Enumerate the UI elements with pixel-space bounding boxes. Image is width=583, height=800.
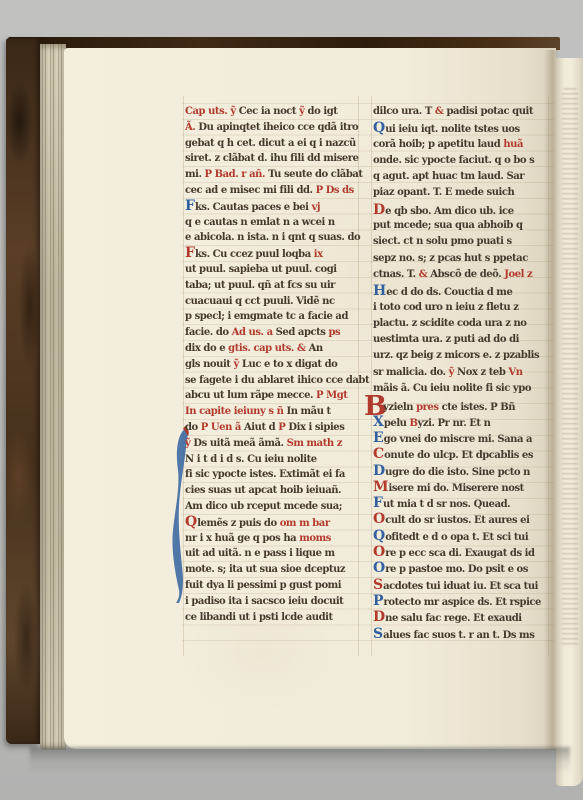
text-line: Fut mia t d sr nos. Quead.	[373, 495, 551, 511]
rubric-segment: ps	[329, 327, 341, 338]
text-line: Dugre do die isto. Sine pcto n	[373, 463, 551, 479]
manuscript-photo: Cap uts. ỹ Cec ia noct ỹ do igtÃ. Du api…	[0, 0, 583, 800]
text-line: mote. s; ita ut sua sioe dceptuz	[185, 562, 363, 578]
text-segment: ks. Cu ccez puul loqba	[195, 249, 314, 260]
text-line: plactu. z scidite coda ura z no	[373, 316, 551, 332]
text-line: dilco ura. T & padisi potac quit	[373, 104, 551, 120]
text-line: sr malicia. do. ỹ Nox z teb Vn	[373, 365, 551, 381]
text-line: i padiso ita i sacsco ieiu docuit	[185, 594, 363, 610]
facing-page-blurred-text	[562, 88, 578, 648]
text-line: taba; ut puul. qñ at fcs su uir	[185, 278, 363, 294]
text-segment: ui ieiu iqt. nolite tstes uos	[385, 124, 520, 135]
rubric-segment: vj	[312, 202, 321, 213]
text-line: N i t d i d s. Cu ieiu nolite	[185, 452, 363, 468]
text-line: Misere mi do. Miserere nost	[373, 479, 551, 495]
text-segment: N i t d i d s. Cu ieiu nolite	[185, 454, 317, 465]
rubric-segment: P Bad. r añ.	[205, 169, 269, 180]
text-segment: ofitedt e d o opa t. Et sci tui	[385, 532, 528, 543]
text-segment: plactu. z scidite coda ura z no	[373, 318, 527, 329]
lombardic-initial-blue: O	[373, 560, 385, 576]
text-segment: Du apinqtet iheico cce qdã itro	[198, 122, 358, 133]
text-segment: An	[309, 343, 323, 354]
lombardic-initial-blue: D	[373, 463, 385, 479]
text-segment: Sed apcts	[276, 327, 329, 338]
text-segment: p specl; i emgmate tc a facie ad	[185, 311, 348, 322]
text-segment: siret. z clãbat d. ihu fili dd misere	[185, 153, 359, 164]
text-line: Am dico ub rceput mcede sua;	[185, 499, 363, 515]
text-segment: taba; ut puul. qñ at fcs su uir	[185, 280, 335, 291]
text-segment: Tu seute do clãbat	[268, 169, 363, 180]
text-segment: Cec ia noct	[239, 106, 299, 117]
text-segment: re p pastoe mo. Do psit e os	[385, 564, 528, 575]
text-segment: cult do sr iustos. Et aures ei	[385, 515, 529, 526]
text-segment: ce libandi ut i psti lcde audit	[185, 612, 333, 623]
text-segment: Am dico ub rceput mcede sua;	[185, 501, 342, 512]
text-segment: put mcede; sua qua abhoib q	[373, 220, 523, 231]
text-segment: Luc e to x digat do	[242, 359, 337, 370]
text-line: abcu ut lum rãpe mecce. P Mgt	[185, 388, 363, 404]
text-segment: sr malicia. do.	[373, 367, 449, 378]
text-line: q e cautas n emlat n a wcei n	[185, 215, 363, 231]
rubric-segment: huã	[503, 139, 523, 150]
book-leather-spine	[6, 38, 40, 744]
text-line: ctnas. T. & Abscõ de deõ. Joel z	[373, 267, 551, 283]
text-segment: ec d do ds. Couctia d me	[386, 287, 512, 298]
lombardic-initial-blue: F	[185, 198, 195, 214]
lombardic-initial-red: M	[373, 479, 389, 495]
text-line: ce libandi ut i psti lcde audit	[185, 610, 363, 626]
lombardic-initial-red: D	[373, 609, 385, 625]
rubric-segment: ix	[314, 249, 323, 260]
rubric-segment: Ad us. a	[232, 327, 276, 338]
lombardic-initial-red: S	[373, 577, 383, 593]
text-line: Dne salu fac rege. Et exaudi	[373, 609, 551, 625]
text-segment: Nox z teb	[457, 367, 508, 378]
text-segment: cte istes. P Bñ	[442, 402, 516, 413]
rubric-segment: Sm math z	[287, 438, 342, 449]
text-line: Ã. Du apinqtet iheico cce qdã itro	[185, 120, 363, 136]
text-segment: se fagete i du ablaret ihico cce dabt	[185, 375, 369, 386]
text-line: uestimta ura. z puti ad do di	[373, 332, 551, 348]
text-segment: ut puul. sapieba ut puul. cogi	[185, 264, 337, 275]
text-segment: acdotes tui iduat iu. Et sca tui	[383, 581, 538, 592]
rubric-segment: &	[435, 106, 447, 117]
text-line: ỹ Ds uitã meã ãmã. Sm math z	[185, 436, 363, 452]
rubric-segment: B	[410, 418, 418, 429]
text-line: cec ad e misec mi fili dd. P Ds ds	[185, 183, 363, 199]
text-line: facie. do Ad us. a Sed apcts ps	[185, 325, 363, 341]
text-line: Fks. Cautas paces e bei vj	[185, 199, 363, 215]
text-line: Salues fac suos t. r an t. Ds ms	[373, 626, 551, 642]
rubric-segment: ỹ	[449, 367, 457, 378]
text-line: In capite ieiuny s ñ In mãu t	[185, 404, 363, 420]
text-line: De qb sbo. Am dico ub. ice	[373, 202, 551, 218]
rubric-segment: P Uen ã	[201, 422, 244, 433]
text-column-right: dilco ura. T & padisi potac quitQui ieiu…	[373, 104, 551, 642]
lombardic-initial-blue: H	[373, 283, 386, 299]
lombardic-initial-red: F	[185, 245, 195, 261]
rubric-segment: Cap uts. ỹ	[185, 106, 239, 117]
text-segment: q e cautas n emlat n a wcei n	[185, 217, 335, 228]
text-line: Cap uts. ỹ Cec ia noct ỹ do igt	[185, 104, 363, 120]
text-line: Fks. Cu ccez puul loqba ix	[185, 246, 363, 262]
text-line: Ore p ecc sca di. Exaugat ds id	[373, 544, 551, 560]
rubric-segment: P Mgt	[316, 390, 347, 401]
text-line: Conute do ulcp. Et dpcablis es	[373, 446, 551, 462]
text-line: urz. qz beig z micors e. z pzablis	[373, 348, 551, 364]
text-segment: q agut. apt huac tm laud. Sar	[373, 171, 524, 182]
text-segment: yzieln	[383, 402, 416, 413]
text-line: onde. sic ypocte faciut. q o bo s	[373, 153, 551, 169]
text-line: siret. z clãbat d. ihu fili dd misere	[185, 151, 363, 167]
text-line: put mcede; sua qua abhoib q	[373, 218, 551, 234]
text-segment: Dix i sipies	[288, 422, 344, 433]
text-line: dix do e gtis. cap uts. & An	[185, 341, 363, 357]
text-line: Xpelu Byzi. Pr nr. Et n	[373, 414, 551, 430]
lombardic-initial-blue: S	[373, 626, 383, 642]
text-segment: Abscõ de deõ.	[430, 269, 504, 280]
lombardic-initial-blue: Q	[373, 120, 385, 136]
text-segment: mãis ã. Cu ieiu nolite fi sic ypo	[373, 383, 531, 394]
rubric-segment: gtis. cap uts. &	[228, 343, 308, 354]
text-segment: re p ecc sca di. Exaugat ds id	[385, 548, 534, 559]
rubric-segment: pres	[416, 402, 442, 413]
text-line: Qofitedt e d o opa t. Et sci tui	[373, 528, 551, 544]
text-segment: pelu	[384, 418, 410, 429]
text-line: piaz opant. T. E mede suich	[373, 185, 551, 201]
text-line: q agut. apt huac tm laud. Sar	[373, 169, 551, 185]
text-segment: dix do e	[185, 343, 228, 354]
text-segment: cec ad e misec mi fili dd.	[185, 185, 316, 196]
text-segment: onute do ulcp. Et dpcablis es	[384, 450, 533, 461]
text-segment: abcu ut lum rãpe mecce.	[185, 390, 316, 401]
text-line: do P Uen ã Aiut d P Dix i sipies	[185, 420, 363, 436]
column-ruling-line	[371, 96, 372, 656]
text-segment: do	[185, 422, 201, 433]
text-segment: piaz opant. T. E mede suich	[373, 187, 514, 198]
text-segment: padisi potac quit	[447, 106, 534, 117]
page-edge-stack	[40, 44, 66, 750]
rubric-segment: P	[278, 422, 288, 433]
text-column-left: Cap uts. ỹ Cec ia noct ỹ do igtÃ. Du api…	[185, 104, 363, 625]
text-line: se fagete i du ablaret ihico cce dabt	[185, 373, 363, 389]
text-line: mi. P Bad. r añ. Tu seute do clãbat	[185, 167, 363, 183]
text-segment: onde. sic ypocte faciut. q o bo s	[373, 155, 534, 166]
text-line: Protecto mr aspice ds. Et rspice	[373, 593, 551, 609]
lombardic-initial-blue: X	[373, 414, 384, 430]
text-segment: ut mia t d sr nos. Quead.	[383, 499, 510, 510]
text-segment: do igt	[308, 106, 338, 117]
text-line: e abicola. n ista. n i qnt q suas. do	[185, 230, 363, 246]
text-line: sepz no. s; z pcas hut s ppetac	[373, 251, 551, 267]
lombardic-initial-red: O	[373, 511, 385, 527]
text-segment: e qb sbo. Am dico ub. ice	[385, 206, 513, 217]
text-segment: Ds uitã meã ãmã.	[193, 438, 286, 449]
text-segment: ctnas. T.	[373, 269, 419, 280]
text-line: gls nouit ỹ Luc e to x digat do	[185, 357, 363, 373]
text-line: Hec d do ds. Couctia d me	[373, 283, 551, 299]
text-segment: ugre do die isto. Sine pcto n	[385, 467, 530, 478]
text-line: corã hoib; p apetitu laud huã	[373, 137, 551, 153]
text-segment: dilco ura. T	[373, 106, 435, 117]
rubric-segment: Vn	[508, 367, 522, 378]
text-line: fi sic ypocte istes. Extimãt ei fa	[185, 467, 363, 483]
text-segment: fuit dya li pessimi p gust pomi	[185, 580, 341, 591]
text-segment: rotecto mr aspice ds. Et rspice	[384, 597, 541, 608]
text-segment: mote. s; ita ut sua sioe dceptuz	[185, 564, 345, 575]
text-segment: corã hoib; p apetitu laud	[373, 139, 503, 150]
text-line: cuacuaui q cct puuli. Vidẽ nc	[185, 294, 363, 310]
text-segment: urz. qz beig z micors e. z pzablis	[373, 350, 539, 361]
text-line: gebat q h cet. dicut a ei q i nazcũ	[185, 136, 363, 152]
text-segment: lemẽs z puis do	[197, 518, 280, 529]
text-line: siect. ct n solu pmo puati s	[373, 234, 551, 250]
text-line: uit ad uitã. n e pass i lique m	[185, 546, 363, 562]
rubric-segment: Joel z	[504, 269, 532, 280]
text-segment: sepz no. s; z pcas hut s ppetac	[373, 253, 528, 264]
rubric-segment: In capite ieiuny s ñ	[185, 406, 286, 417]
lombardic-initial-red: O	[373, 544, 385, 560]
text-line: Ego vnei do miscre mi. Sana a	[373, 430, 551, 446]
book-cast-shadow	[30, 747, 570, 773]
text-segment: gebat q h cet. dicut a ei q i nazcũ	[185, 138, 356, 149]
lombardic-initial-red: Q	[185, 514, 197, 530]
text-line: Sacdotes tui iduat iu. Et sca tui	[373, 577, 551, 593]
rubric-segment: Ã.	[185, 122, 198, 133]
text-line: Ore p pastoe mo. Do psit e os	[373, 560, 551, 576]
text-segment: fi sic ypocte istes. Extimãt ei fa	[185, 469, 345, 480]
text-line: Qlemẽs z puis do om m bar	[185, 515, 363, 531]
text-segment: facie. do	[185, 327, 232, 338]
text-line: Byzieln pres cte istes. P Bñ	[373, 397, 551, 413]
lombardic-initial-red: C	[373, 446, 384, 462]
text-segment: e abicola. n ista. n i qnt q suas. do	[185, 232, 360, 243]
text-segment: cuacuaui q cct puuli. Vidẽ nc	[185, 296, 335, 307]
text-segment: mi.	[185, 169, 205, 180]
text-segment: uit ad uitã. n e pass i lique m	[185, 548, 335, 559]
text-segment: siect. ct n solu pmo puati s	[373, 236, 512, 247]
text-segment: In mãu t	[286, 406, 330, 417]
rubric-segment: om m bar	[280, 518, 330, 529]
text-segment: go vnei do miscre mi. Sana a	[384, 434, 532, 445]
rubric-segment: ỹ	[299, 106, 307, 117]
lombardic-initial-blue: P	[373, 593, 384, 609]
text-segment: i toto cod uro n ieiu z fletu z	[373, 302, 518, 313]
text-line: Ocult do sr iustos. Et aures ei	[373, 511, 551, 527]
lombardic-initial-blue: E	[373, 430, 384, 446]
text-line: i toto cod uro n ieiu z fletu z	[373, 300, 551, 316]
text-segment: Aiut d	[244, 422, 278, 433]
text-line: ut puul. sapieba ut puul. cogi	[185, 262, 363, 278]
rubric-segment: &	[419, 269, 431, 280]
rubric-segment: moms	[299, 533, 331, 544]
rubric-segment: ỹ	[234, 359, 242, 370]
text-line: p specl; i emgmate tc a facie ad	[185, 309, 363, 325]
lombardic-initial-red: D	[373, 202, 385, 218]
text-line: Qui ieiu iqt. nolite tstes uos	[373, 120, 551, 136]
text-segment: ne salu fac rege. Et exaudi	[385, 613, 522, 624]
text-segment: isere mi do. Miserere nost	[389, 483, 524, 494]
text-line: cies suas ut apcat hoib ieiuañ.	[185, 483, 363, 499]
text-line: fuit dya li pessimi p gust pomi	[185, 578, 363, 594]
text-segment: yzi. Pr nr. Et n	[418, 418, 491, 429]
lombardic-initial-blue: F	[373, 495, 383, 511]
text-segment: cies suas ut apcat hoib ieiuañ.	[185, 485, 341, 496]
rubric-segment: P Ds ds	[316, 185, 354, 196]
text-line: mãis ã. Cu ieiu nolite fi sic ypo	[373, 381, 551, 397]
text-segment: uestimta ura. z puti ad do di	[373, 334, 519, 345]
text-segment: alues fac suos t. r an t. Ds ms	[383, 630, 534, 641]
text-segment: gls nouit	[185, 359, 234, 370]
text-segment: ks. Cautas paces e bei	[195, 202, 312, 213]
text-line: nr i x huã ge q pos ha moms	[185, 531, 363, 547]
text-segment: i padiso ita i sacsco ieiu docuit	[185, 596, 343, 607]
text-segment: nr i x huã ge q pos ha	[185, 533, 299, 544]
lombardic-initial-blue: Q	[373, 528, 385, 544]
